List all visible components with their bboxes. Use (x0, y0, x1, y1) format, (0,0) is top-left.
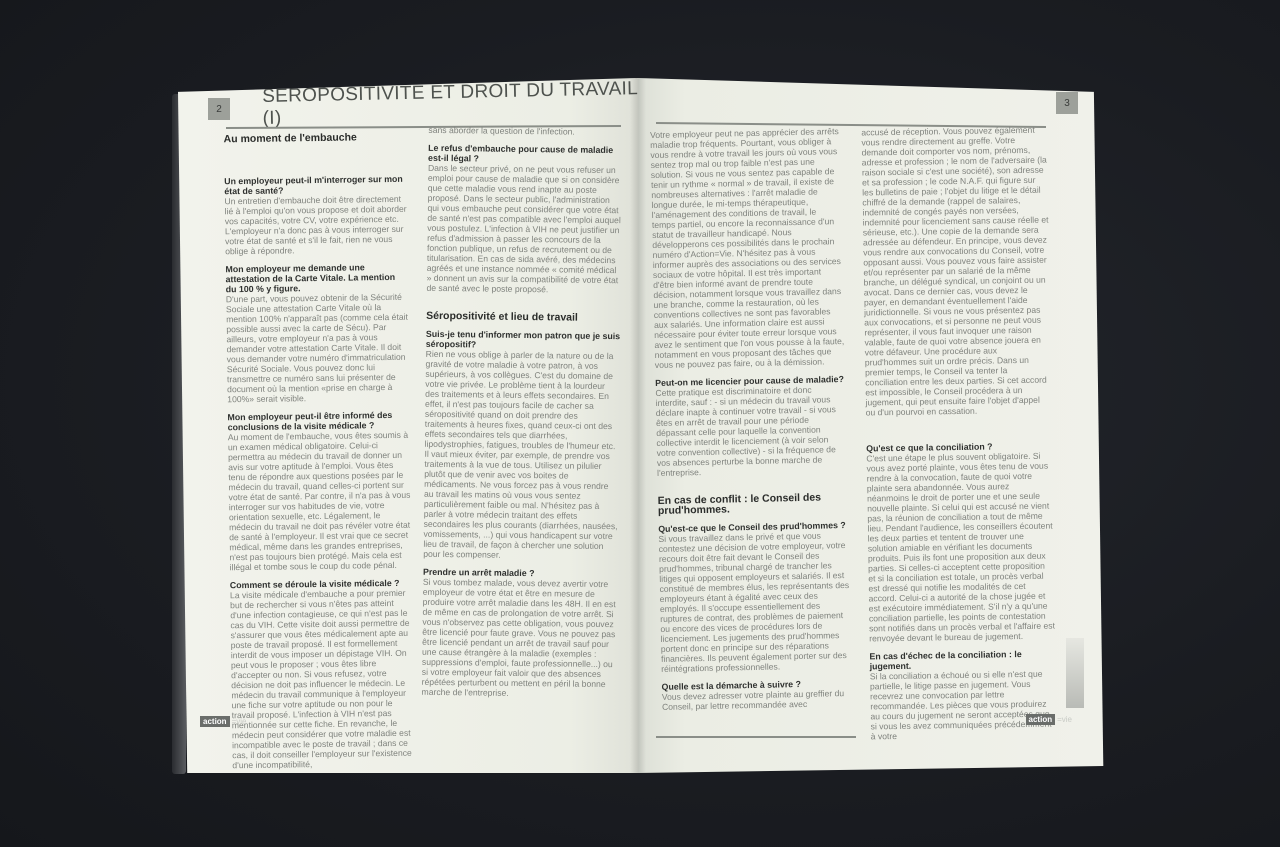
page-number-left: 2 (208, 98, 230, 120)
footer-rule (656, 736, 856, 738)
question-heading: Un employeur peut-il m'interroger sur mo… (224, 174, 406, 197)
answer-text: Si vous travaillez dans le privé et que … (658, 530, 851, 674)
answer-text: D'une part, vous pouvez obtenir de la Sé… (226, 292, 410, 405)
answer-text: Au moment de l'embauche, vous êtes soumi… (228, 430, 412, 573)
answer-text: La visite médicale d'embauche a pour pre… (230, 588, 414, 771)
section-heading: Séropositivité et lieu de travail (426, 311, 621, 323)
answer-text: Si vous tombez malade, vous devez averti… (422, 577, 618, 699)
section-heading: En cas de conflit : le Conseil des prud'… (658, 492, 848, 516)
answer-text: Dans le secteur privé, on ne peut vous r… (426, 163, 623, 295)
section-heading: Au moment de l'embauche (224, 132, 406, 145)
answer-text: Cette pratique est discriminatoire et do… (655, 384, 847, 478)
lead-text: accusé de réception. Vous pouvez égaleme… (861, 125, 1052, 418)
action-vie-logo: action =vie (200, 716, 246, 727)
answer-text: Un entretien d'embauche doit être direct… (224, 194, 407, 257)
logo-main: action (200, 716, 230, 727)
answer-text: Vous devez adresser votre plainte au gre… (662, 688, 852, 712)
question-heading: Suis-je tenu d'informer mon patron que j… (426, 329, 621, 351)
left-column-1: Au moment de l'embauche Un employeur peu… (224, 132, 415, 770)
left-page: 2 SÉROPOSITIVITÉ ET DROIT DU TRAVAIL (I)… (178, 78, 638, 773)
gradient-side-bar (1066, 638, 1084, 708)
question-heading: Mon employeur peut-il être informé des c… (227, 410, 409, 433)
right-column-2: accusé de réception. Vous pouvez égaleme… (861, 125, 1057, 742)
answer-text: Rien ne vous oblige à parler de la natur… (423, 349, 621, 561)
logo-sub: =vie (232, 717, 247, 726)
lead-text: Votre employeur peut ne pas apprécier de… (650, 126, 845, 370)
question-heading: Le refus d'embauche pour cause de maladi… (428, 143, 623, 165)
answer-text: C'est une étape le plus souvent obligato… (866, 451, 1055, 644)
lead-text: sans aborder la question de l'infection. (428, 125, 623, 137)
logo-main: action (1026, 714, 1056, 725)
right-column-1: Votre employeur peut ne pas apprécier de… (650, 126, 852, 712)
answer-text: Si la conciliation a échoué ou si elle n… (870, 669, 1057, 742)
page-number-right: 3 (1056, 92, 1078, 114)
open-booklet: 2 SÉROPOSITIVITÉ ET DROIT DU TRAVAIL (I)… (178, 78, 1108, 778)
left-column-2: sans aborder la question de l'infection.… (422, 125, 624, 699)
logo-sub: =vie (1057, 715, 1072, 724)
action-vie-logo: action =vie (1026, 714, 1072, 725)
question-heading: Mon employeur me demande une attestation… (225, 262, 407, 295)
right-page: 3 Votre employeur peut ne pas apprécier … (638, 78, 1108, 773)
page-title: SÉROPOSITIVITÉ ET DROIT DU TRAVAIL (I) (262, 78, 638, 130)
